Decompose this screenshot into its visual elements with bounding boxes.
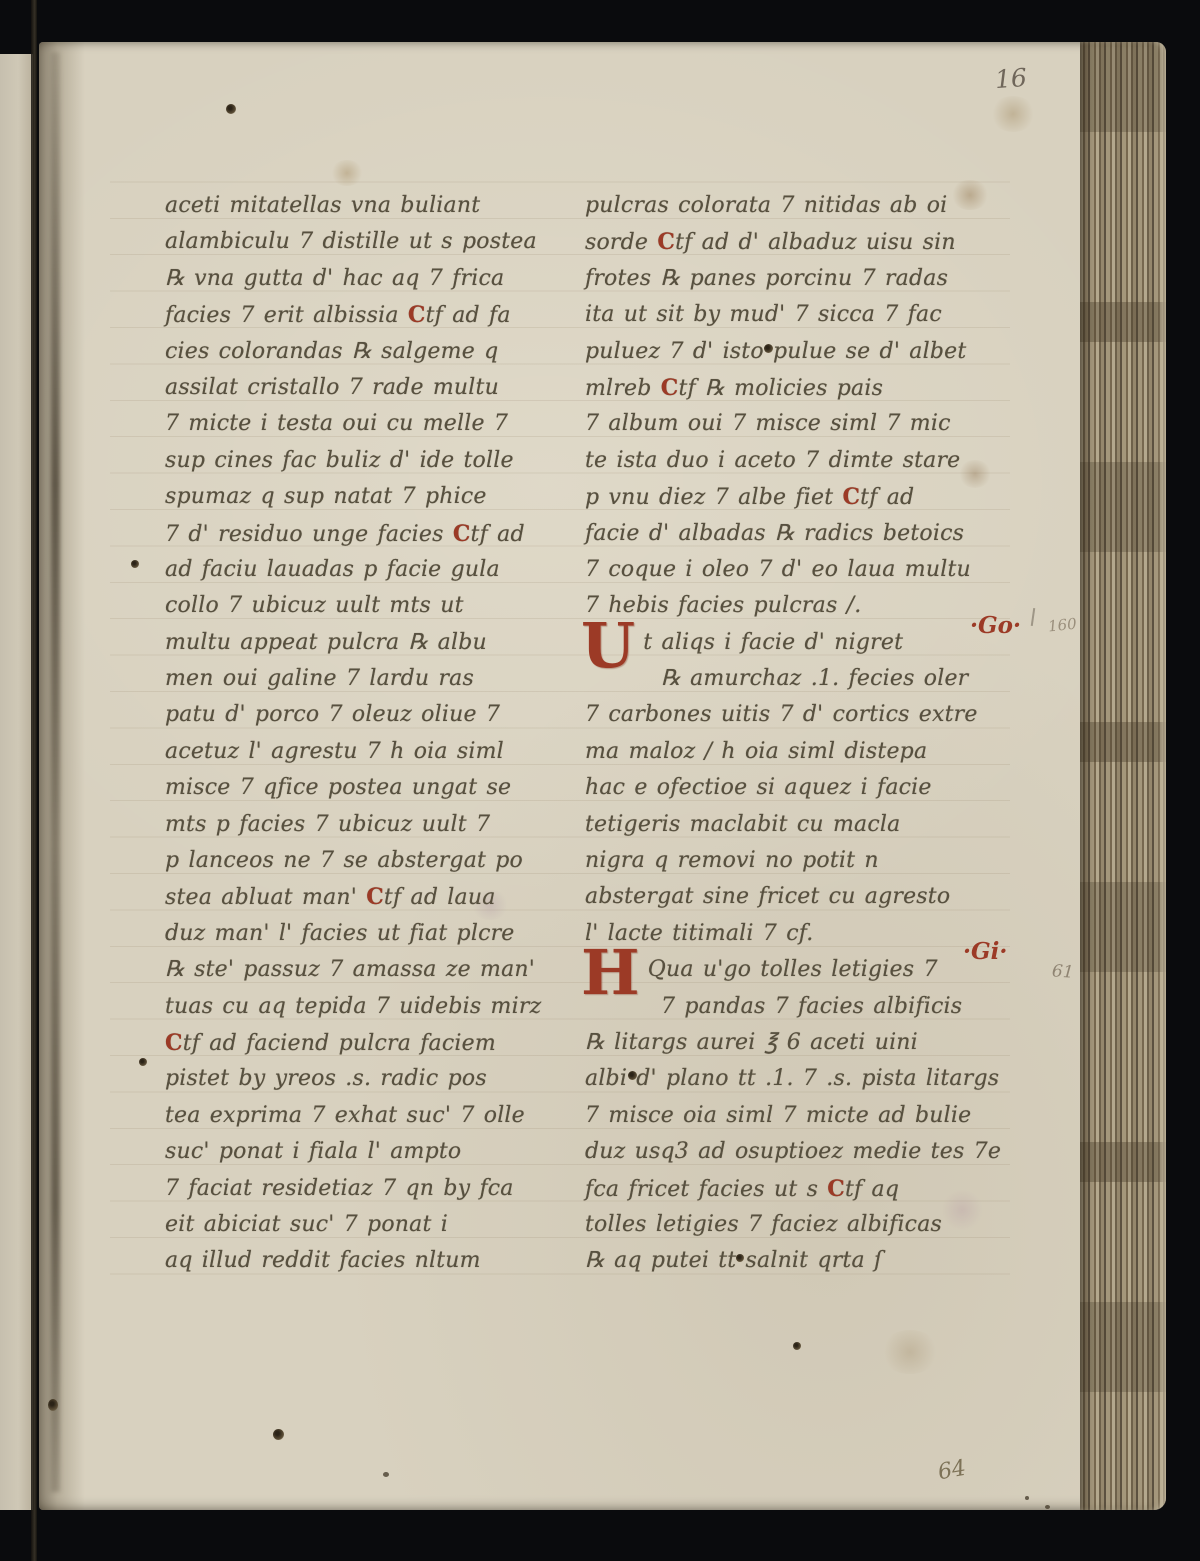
text-span: tetigeris maclabit cu macla — [585, 812, 900, 837]
text-line: ma maloz / h oia siml distepa — [585, 734, 1010, 770]
text-span: misce 7 qfice postea ungat se — [165, 775, 511, 800]
text-span: fca fricet facies ut s — [585, 1177, 827, 1202]
text-line: facie d' albadas ℞ radics betoics — [585, 516, 1010, 552]
text-line: ad faciu lauadas p facie gula — [165, 552, 565, 588]
text-span: tf ad faciend pulcra faciem — [183, 1031, 496, 1056]
worm-hole — [793, 1342, 801, 1350]
text-span: sup cines fac buliz d' ide tolle — [165, 448, 514, 473]
text-line: HQua u'go tolles letigies 7 — [585, 952, 1010, 988]
illuminated-initial: H — [581, 958, 640, 988]
text-span: ad faciu lauadas p facie gula — [165, 557, 500, 582]
text-line: fca fricet facies ut s Ctf aq — [585, 1171, 1010, 1207]
text-line: 7 carbones uitis 7 d' cortics extre — [585, 697, 1010, 733]
text-span: aceti mitatellas vna buliant — [165, 193, 480, 218]
text-span: ita ut sit by mud' 7 sicca 7 fac — [585, 302, 942, 327]
text-span: aq illud reddit facies nltum — [165, 1248, 481, 1273]
text-column-right: pulcras colorata 7 nitidas ab oisorde Ct… — [585, 188, 1010, 1280]
text-span: p lanceos ne 7 se abstergat po — [165, 848, 523, 873]
text-span: 7 misce oia siml 7 micte ad bulie — [585, 1103, 971, 1128]
text-line: duz man' l' facies ut fiat plcre — [165, 916, 565, 952]
text-line: tuas cu aq tepida 7 uidebis mirz — [165, 989, 565, 1025]
text-line: men oui galine 7 lardu ras — [165, 661, 565, 697]
margin-note-gi: ·Gi· — [963, 938, 1007, 965]
text-line: patu d' porco 7 oleuz oliue 7 — [165, 697, 565, 733]
text-span: alambiculu 7 distille ut s postea — [165, 229, 537, 254]
text-span: assilat cristallo 7 rade multu — [165, 375, 499, 400]
text-span: cies colorandas ℞ salgeme q — [165, 339, 498, 364]
text-line: Ut aliqs i facie d' nigret — [585, 625, 1010, 661]
text-span: tuas cu aq tepida 7 uidebis mirz — [165, 994, 541, 1019]
text-span: tf ad d' albaduz uisu sin — [675, 230, 956, 255]
text-span: duz man' l' facies ut fiat plcre — [165, 921, 515, 946]
gutter-crease — [51, 52, 60, 1492]
text-line: mts p facies 7 ubicuz uult 7 — [165, 807, 565, 843]
text-line: ita ut sit by mud' 7 sicca 7 fac — [585, 297, 1010, 333]
text-span: tf aq — [845, 1177, 899, 1202]
text-span: pistet by yreos .s. radic pos — [165, 1066, 487, 1091]
text-line: alambiculu 7 distille ut s postea — [165, 224, 565, 260]
text-line: pistet by yreos .s. radic pos — [165, 1061, 565, 1097]
text-line: stea abluat man' Ctf ad laua — [165, 879, 565, 915]
text-line: puluez 7 d' isto pulue se d' albet — [585, 334, 1010, 370]
text-span: men oui galine 7 lardu ras — [165, 666, 474, 691]
text-span: eit abiciat suc' 7 ponat i — [165, 1212, 448, 1237]
worm-hole — [139, 1058, 147, 1066]
text-span: patu d' porco 7 oleuz oliue 7 — [165, 702, 500, 727]
text-column-left: aceti mitatellas vna buliantalambiculu 7… — [165, 188, 565, 1280]
text-line: p vnu diez 7 albe fiet Ctf ad — [585, 479, 1010, 515]
text-line: ℞ aq putei tt salnit qrta ſ — [585, 1243, 1010, 1279]
text-span: stea abluat man' — [165, 885, 366, 910]
text-line: 7 d' residuo unge facies Ctf ad — [165, 516, 565, 552]
text-line: 7 hebis facies pulcras /. — [585, 588, 1010, 624]
text-span: t aliqs i facie d' nigret — [643, 630, 903, 655]
text-line: aceti mitatellas vna buliant — [165, 188, 565, 224]
text-line: mlreb Ctf ℞ molicies pais — [585, 370, 1010, 406]
text-line: collo 7 ubicuz uult mts ut — [165, 588, 565, 624]
binding-strap — [31, 0, 37, 1561]
text-line: 7 misce oia siml 7 micte ad bulie — [585, 1098, 1010, 1134]
rubric-initial: C — [661, 375, 679, 401]
text-span: p vnu diez 7 albe fiet — [585, 485, 842, 510]
text-line: eit abiciat suc' 7 ponat i — [165, 1207, 565, 1243]
text-span: duz usq3 ad osuptioez medie tes 7e — [585, 1139, 1001, 1164]
margin-note-go: ·Go· — [970, 612, 1021, 639]
text-line: albi d' plano tt .1. 7 .s. pista litargs — [585, 1061, 1010, 1097]
text-line: facies 7 erit albissia Ctf ad fa — [165, 297, 565, 333]
rubric-initial: C — [842, 484, 860, 510]
text-span: 7 pandas 7 facies albificis — [661, 994, 962, 1019]
text-line: 7 album oui 7 misce siml 7 mic — [585, 406, 1010, 442]
text-line: hac e ofectioe si aquez i facie — [585, 770, 1010, 806]
ink-speck — [383, 1472, 389, 1477]
text-span: ℞ amurchaz .1. fecies oler — [661, 666, 968, 691]
text-span: pulcras colorata 7 nitidas ab oi — [585, 193, 947, 218]
text-span: tf ad fa — [426, 303, 511, 328]
text-span: albi d' plano tt .1. 7 .s. pista litargs — [585, 1066, 999, 1091]
ink-speck — [1045, 1505, 1050, 1509]
text-line: multu appeat pulcra ℞ albu — [165, 625, 565, 661]
rubric-initial: C — [165, 1030, 183, 1056]
rubric-initial: C — [657, 229, 675, 255]
text-span: hac e ofectioe si aquez i facie — [585, 775, 932, 800]
text-span: acetuz l' agrestu 7 h oia siml — [165, 739, 504, 764]
text-span: ℞ ste' passuz 7 amassa ze man' — [165, 957, 535, 982]
text-line: p lanceos ne 7 se abstergat po — [165, 843, 565, 879]
text-span: mlreb — [585, 376, 661, 401]
ink-speck — [1025, 1496, 1029, 1500]
text-span: 7 d' residuo unge facies — [165, 522, 453, 547]
text-line: abstergat sine fricet cu agresto — [585, 879, 1010, 915]
text-span: tf ad laua — [384, 885, 496, 910]
margin-faint-number: 160 — [1047, 615, 1077, 636]
text-line: cies colorandas ℞ salgeme q — [165, 334, 565, 370]
text-span: te ista duo i aceto 7 dimte stare — [585, 448, 960, 473]
rubric-initial: C — [366, 884, 384, 910]
text-line: frotes ℞ panes porcinu 7 radas — [585, 261, 1010, 297]
text-span: spumaz q sup natat 7 phice — [165, 484, 487, 509]
worm-hole — [48, 1399, 58, 1411]
text-span: facie d' albadas ℞ radics betoics — [585, 521, 964, 546]
text-span: 7 album oui 7 misce siml 7 mic — [585, 411, 951, 436]
text-line: assilat cristallo 7 rade multu — [165, 370, 565, 406]
text-span: Qua u'go tolles letigies 7 — [648, 957, 938, 982]
text-span: multu appeat pulcra ℞ albu — [165, 630, 487, 655]
text-span: frotes ℞ panes porcinu 7 radas — [585, 266, 948, 291]
bottom-corner-scribble: 64 — [936, 1456, 968, 1485]
text-line: tetigeris maclabit cu macla — [585, 807, 1010, 843]
text-line: spumaz q sup natat 7 phice — [165, 479, 565, 515]
text-line: l' lacte titimali 7 cf. — [585, 916, 1010, 952]
text-line: 7 faciat residetiaz 7 qn by fca — [165, 1171, 565, 1207]
text-span: tf ad — [471, 522, 525, 547]
text-span: 7 carbones uitis 7 d' cortics extre — [585, 702, 978, 727]
worm-hole — [273, 1429, 284, 1440]
margin-faint-number-2: 61 — [1051, 961, 1074, 982]
text-span: 7 faciat residetiaz 7 qn by fca — [165, 1176, 514, 1201]
worm-hole — [131, 560, 139, 568]
facing-page-edge — [0, 54, 33, 1510]
text-line: tolles letigies 7 faciez albificas — [585, 1207, 1010, 1243]
text-span: sorde — [585, 230, 657, 255]
text-line: duz usq3 ad osuptioez medie tes 7e — [585, 1134, 1010, 1170]
text-span: puluez 7 d' isto pulue se d' albet — [585, 339, 966, 364]
rubric-initial: C — [453, 521, 471, 547]
text-span: tf ad — [860, 485, 914, 510]
text-span: tea exprima 7 exhat suc' 7 olle — [165, 1103, 525, 1128]
text-span: tf ℞ molicies pais — [678, 376, 883, 401]
text-span: mts p facies 7 ubicuz uult 7 — [165, 812, 490, 837]
folio-number: 16 — [994, 63, 1028, 94]
text-span: 7 micte i testa oui cu melle 7 — [165, 411, 508, 436]
text-line: sorde Ctf ad d' albaduz uisu sin — [585, 224, 1010, 260]
text-span: suc' ponat i fiala l' ampto — [165, 1139, 461, 1164]
text-line: aq illud reddit facies nltum — [165, 1243, 565, 1279]
text-span: ℞ vna gutta d' hac aq 7 frica — [165, 266, 504, 291]
text-line: 7 coque i oleo 7 d' eo laua multu — [585, 552, 1010, 588]
text-line: pulcras colorata 7 nitidas ab oi — [585, 188, 1010, 224]
text-line: Ctf ad faciend pulcra faciem — [165, 1025, 565, 1061]
text-line: te ista duo i aceto 7 dimte stare — [585, 443, 1010, 479]
text-line: nigra q removi no potit n — [585, 843, 1010, 879]
text-span: ℞ litargs aurei ℥ 6 aceti uini — [585, 1030, 918, 1055]
text-line: 7 pandas 7 facies albificis — [585, 989, 1010, 1025]
text-line: ℞ vna gutta d' hac aq 7 frica — [165, 261, 565, 297]
text-line: ℞ ste' passuz 7 amassa ze man' — [165, 952, 565, 988]
rubric-initial: C — [408, 302, 426, 328]
text-line: ℞ litargs aurei ℥ 6 aceti uini — [585, 1025, 1010, 1061]
text-line: sup cines fac buliz d' ide tolle — [165, 443, 565, 479]
text-line: misce 7 qfice postea ungat se — [165, 770, 565, 806]
worm-hole — [226, 104, 236, 114]
illuminated-initial: U — [581, 631, 635, 661]
text-span: abstergat sine fricet cu agresto — [585, 884, 950, 909]
text-line: ℞ amurchaz .1. fecies oler — [585, 661, 1010, 697]
text-span: ℞ aq putei tt salnit qrta ſ — [585, 1248, 882, 1273]
fore-edge-page-stack — [1080, 42, 1166, 1510]
text-span: 7 coque i oleo 7 d' eo laua multu — [585, 557, 971, 582]
rubric-initial: C — [827, 1176, 845, 1202]
text-span: facies 7 erit albissia — [165, 303, 408, 328]
text-line: 7 micte i testa oui cu melle 7 — [165, 406, 565, 442]
text-span: collo 7 ubicuz uult mts ut — [165, 593, 464, 618]
gutter-shadow — [39, 42, 85, 1510]
text-line: acetuz l' agrestu 7 h oia siml — [165, 734, 565, 770]
text-span: ma maloz / h oia siml distepa — [585, 739, 927, 764]
text-span: nigra q removi no potit n — [585, 848, 879, 873]
text-span: tolles letigies 7 faciez albificas — [585, 1212, 942, 1237]
text-line: suc' ponat i fiala l' ampto — [165, 1134, 565, 1170]
text-line: tea exprima 7 exhat suc' 7 olle — [165, 1098, 565, 1134]
